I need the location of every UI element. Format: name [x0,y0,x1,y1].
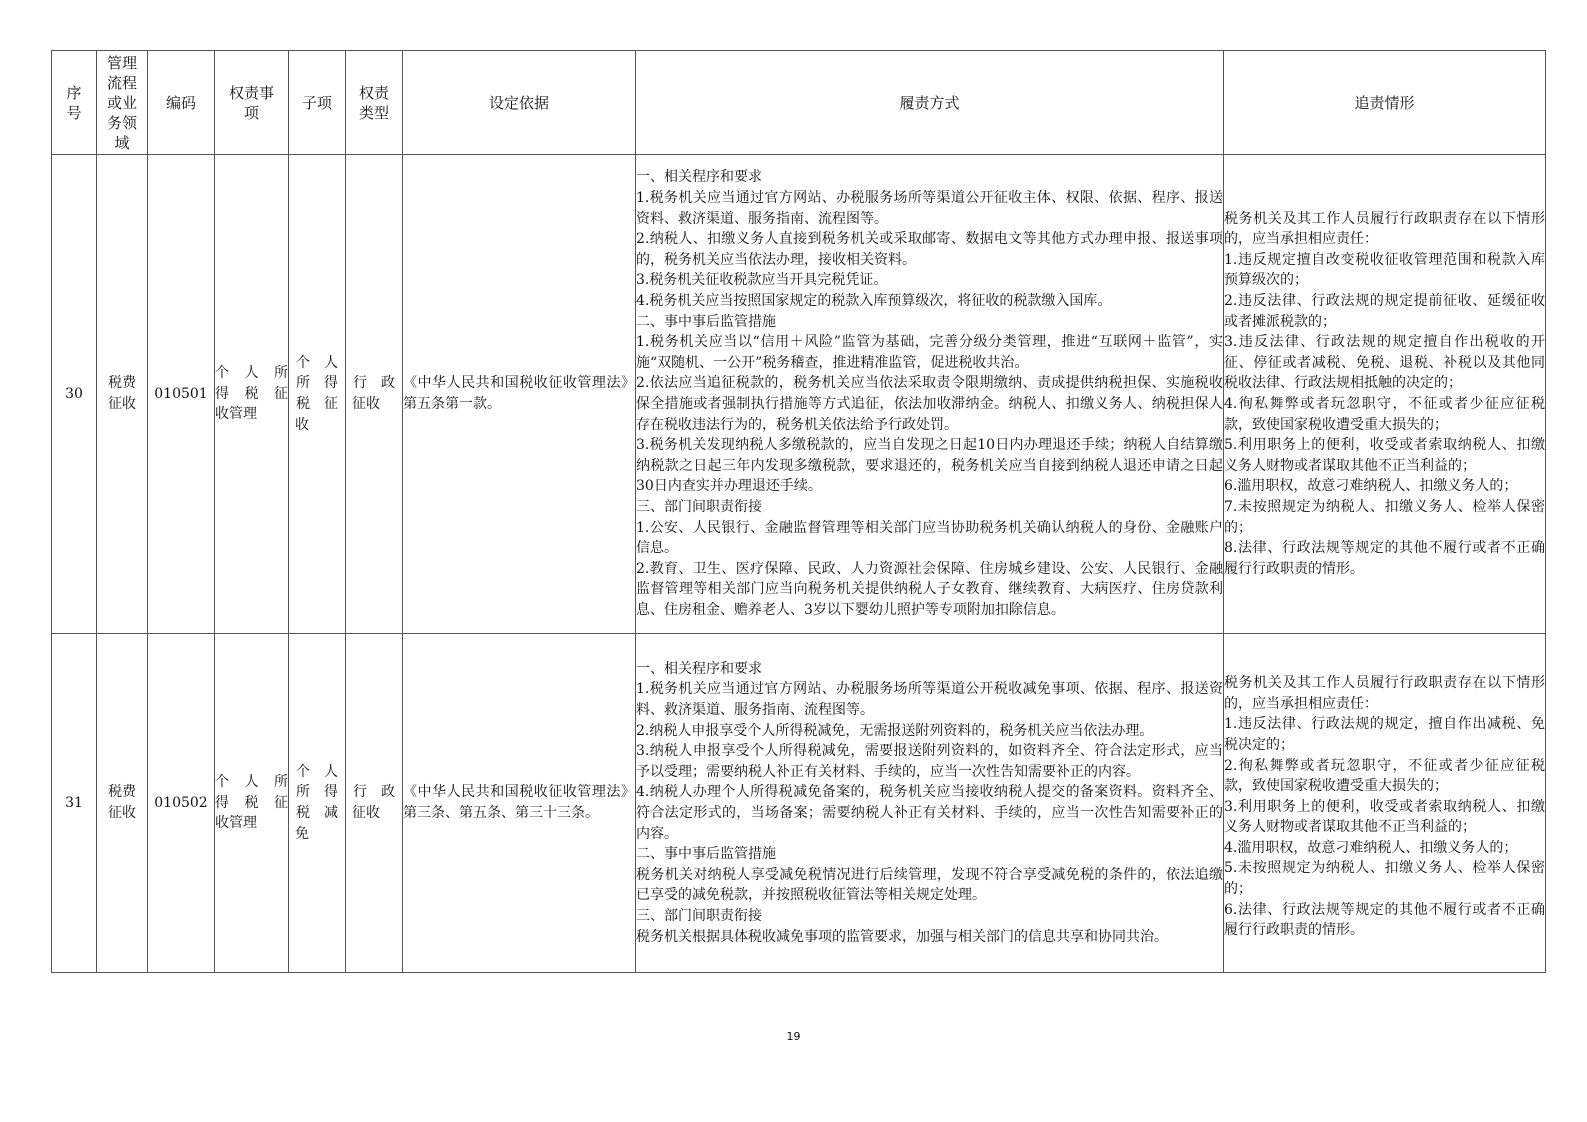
header-sub: 子项 [289,51,346,155]
cell-code: 010502 [148,634,215,973]
cell-accountability: 税务机关及其工作人员履行行政职责存在以下情形的，应当承担相应责任： 1.违反法律… [1224,634,1546,973]
cell-item: 个人所 得税征 收管理 [215,155,289,634]
header-type: 权责 类型 [346,51,403,155]
header-accountability: 追责情形 [1224,51,1546,155]
cell-item: 个人所 得税征 收管理 [215,634,289,973]
document-page: 序 号 管理 流程 或业 务领 域 编码 权责事 项 子项 权责 类 [0,0,1587,1122]
cell-seq: 30 [52,155,97,634]
cell-code: 010501 [148,155,215,634]
header-seq: 序 号 [52,51,97,155]
header-basis: 设定依据 [403,51,636,155]
header-item: 权责事 项 [215,51,289,155]
page-number: 19 [0,1030,1587,1043]
table-row: 31 税费 征收 010502 个人所 得税征 收管理 个 人 所 得 税 减 … [52,634,1546,973]
cell-type: 行 政 征收 [346,155,403,634]
cell-sub: 个 人 所 得 税 减 免 [289,634,346,973]
cell-sub: 个 人 所 得 税 征 收 [289,155,346,634]
cell-performance: 一、相关程序和要求 1.税务机关应当通过官方网站、办税服务场所等渠道公开税收减免… [636,634,1224,973]
responsibility-table: 序 号 管理 流程 或业 务领 域 编码 权责事 项 子项 权责 类 [51,50,1546,973]
table-row: 30 税费 征收 010501 个人所 得税征 收管理 个 人 所 得 税 征 … [52,155,1546,634]
cell-domain: 税费 征收 [97,155,148,634]
cell-type: 行 政 征收 [346,634,403,973]
cell-accountability: 税务机关及其工作人员履行行政职责存在以下情形的，应当承担相应责任： 1.违反规定… [1224,155,1546,634]
cell-domain: 税费 征收 [97,634,148,973]
header-performance: 履责方式 [636,51,1224,155]
cell-basis: 《中华人民共和国税收征收管理法》第五条第一款。 [403,155,636,634]
header-domain: 管理 流程 或业 务领 域 [97,51,148,155]
cell-basis: 《中华人民共和国税收征收管理法》第三条、第五条、第三十三条。 [403,634,636,973]
table-header-row: 序 号 管理 流程 或业 务领 域 编码 权责事 项 子项 权责 类 [52,51,1546,155]
cell-performance: 一、相关程序和要求 1.税务机关应当通过官方网站、办税服务场所等渠道公开征收主体… [636,155,1224,634]
header-code: 编码 [148,51,215,155]
cell-seq: 31 [52,634,97,973]
